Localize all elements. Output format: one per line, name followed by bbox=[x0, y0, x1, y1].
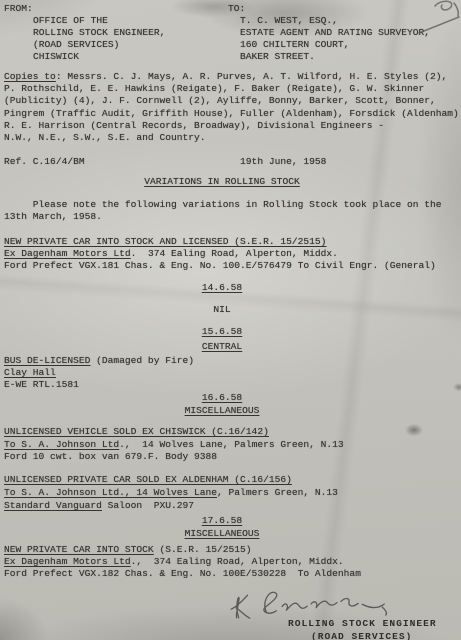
doc-title: VARIATIONS IN ROLLING STOCK bbox=[4, 176, 440, 188]
entry-line: Ford 10 cwt. box van 679.F. Body 9388 bbox=[4, 451, 440, 463]
copies-line: P. Rothschild, E. E. Hawkins (Reigate), … bbox=[4, 83, 440, 95]
section-heading: UNLICENSED PRIVATE CAR SOLD EX ALDENHAM … bbox=[4, 474, 440, 486]
intro-line: 13th March, 1958. bbox=[4, 211, 440, 223]
ref-date-line: Ref. C.16/4/BM 19th June, 1958 bbox=[4, 156, 440, 168]
date-heading: 14.6.58 bbox=[4, 282, 440, 294]
section-heading: UNLICENSED VEHICLE SOLD EX CHISWICK (C.1… bbox=[4, 426, 440, 438]
from-line: OFFICE OF THE bbox=[33, 15, 165, 27]
memo-document: FROM: OFFICE OF THE ROLLING STOCK ENGINE… bbox=[0, 0, 461, 640]
section-heading: NEW PRIVATE CAR INTO STOCK (S.E.R. 15/25… bbox=[4, 544, 440, 556]
copies-line: Copies to: Messrs. C. J. Mays, A. R. Pur… bbox=[4, 71, 440, 83]
entry-line: Ford Prefect VGX.181 Chas. & Eng. No. 10… bbox=[4, 260, 440, 272]
to-line: BAKER STREET. bbox=[240, 51, 430, 63]
date-heading: 15.6.58 bbox=[4, 326, 440, 338]
entry-line: To S. A. Johnson Ltd., 14 Wolves Lane, P… bbox=[4, 487, 440, 499]
category-heading: MISCELLANEOUS bbox=[4, 528, 440, 540]
section-heading: BUS DE-LICENSED (Damaged by Fire) bbox=[4, 355, 440, 367]
nil-line: NIL bbox=[4, 304, 440, 316]
category-heading: CENTRAL bbox=[4, 341, 440, 353]
from-line: CHISWICK bbox=[33, 51, 165, 63]
from-label: FROM: bbox=[4, 3, 165, 15]
entry-line: To S. A. Johnson Ltd., 14 Wolves Lane, P… bbox=[4, 439, 440, 451]
category-heading: MISCELLANEOUS bbox=[4, 405, 440, 417]
copies-line: (Publicity) (4), J. F. Cornwell (2), Ayl… bbox=[4, 95, 440, 107]
copies-line: R. E. Harrison (Central Records, Broadwa… bbox=[4, 120, 440, 132]
copies-line: Pingrem (Traffic Audit, Griffith House),… bbox=[4, 108, 440, 120]
entry-line: Ex Dagenham Motors Ltd., 374 Ealing Road… bbox=[4, 556, 440, 568]
entry-line: Standard Vanguard Saloon PXU.297 bbox=[4, 500, 440, 512]
entry-line: Ex Dagenham Motors Ltd. 374 Ealing Road,… bbox=[4, 248, 440, 260]
signature-role-line2: (ROAD SERVICES) bbox=[311, 631, 412, 640]
from-block: FROM: OFFICE OF THE ROLLING STOCK ENGINE… bbox=[4, 3, 165, 63]
entry-line: Ford Prefect VGX.182 Chas. & Eng. No. 10… bbox=[4, 568, 440, 580]
pencil-mark-icon bbox=[399, 0, 461, 42]
date-heading: 17.6.58 bbox=[4, 515, 440, 527]
entry-line: Clay Hall bbox=[4, 367, 440, 379]
memo-body: Copies to: Messrs. C. J. Mays, A. R. Pur… bbox=[4, 71, 440, 580]
copies-line: N.W., N.E., S.W., S.E. and Country. bbox=[4, 132, 440, 144]
signature-role-line1: ROLLING STOCK ENGINEER bbox=[288, 618, 437, 629]
section-heading: NEW PRIVATE CAR INTO STOCK AND LICENSED … bbox=[4, 236, 440, 248]
from-line: (ROAD SERVICES) bbox=[33, 39, 165, 51]
from-line: ROLLING STOCK ENGINEER, bbox=[33, 27, 165, 39]
entry-line: E-WE RTL.1581 bbox=[4, 379, 440, 391]
date-heading: 16.6.58 bbox=[4, 392, 440, 404]
intro-line: Please note the following variations in … bbox=[4, 199, 440, 211]
